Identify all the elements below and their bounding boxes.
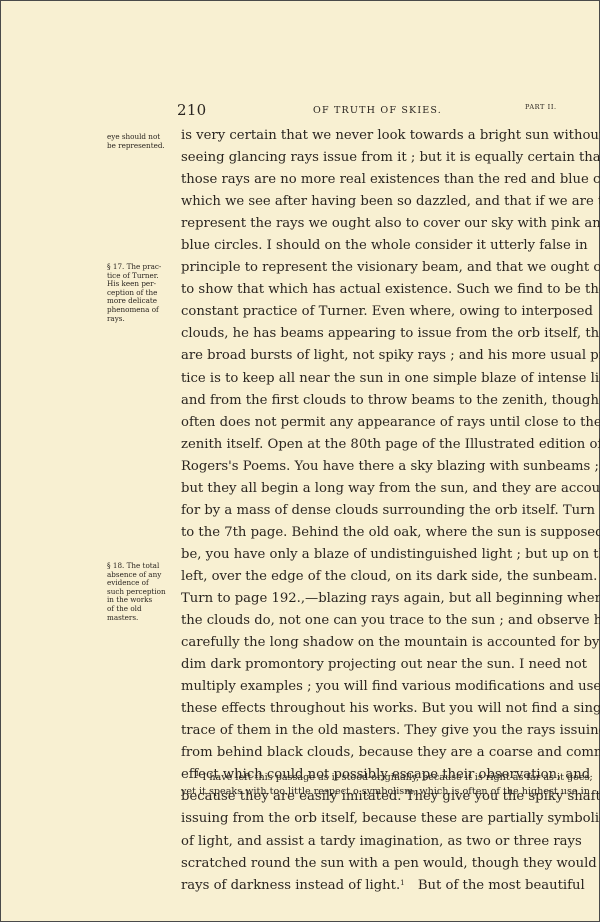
page-header: 210 OF TRUTH OF SKIES. PART II. — [1, 101, 600, 121]
text-segment: But of the most beautiful — [418, 878, 585, 893]
text-line: represent the rays we ought also to cove… — [181, 213, 559, 235]
text-line: from behind black clouds, because they a… — [181, 742, 559, 764]
text-line: clouds, he has beams appearing to issue … — [181, 323, 559, 345]
text-line: of light, and assist a tardy imagination… — [181, 831, 559, 853]
text-line: to show that which has actual existence.… — [181, 279, 559, 301]
page-number: 210 — [177, 101, 207, 119]
sidenote-line: masters. — [107, 614, 177, 623]
part-label: PART II. — [525, 103, 557, 111]
text-segment: rays of darkness instead of light. — [181, 878, 400, 893]
text-line: be, you have only a blaze of undistingui… — [181, 544, 559, 566]
text-line: the clouds do, not one can you trace to … — [181, 610, 559, 632]
book-page: 210 OF TRUTH OF SKIES. PART II. eye shou… — [0, 0, 600, 922]
text-line: seeing glancing rays issue from it ; but… — [181, 147, 559, 169]
text-line: tice is to keep all near the sun in one … — [181, 368, 559, 390]
text-line: trace of them in the old masters. They g… — [181, 720, 559, 742]
footnote-ref: 1 — [400, 879, 404, 887]
text-line: are broad bursts of light, not spiky ray… — [181, 345, 559, 367]
text-line: principle to represent the visionary bea… — [181, 257, 559, 279]
running-title: OF TRUTH OF SKIES. — [313, 105, 442, 116]
text-line-with-footnote: rays of darkness instead of light.1 But … — [181, 875, 559, 897]
text-line: Rogers's Poems. You have there a sky bla… — [181, 456, 559, 478]
text-line: issuing from the orb itself, because the… — [181, 808, 559, 830]
footnote-line: yet it speaks with too little respect o … — [181, 785, 559, 799]
text-line: multiply examples ; you will find variou… — [181, 676, 559, 698]
text-line: for by a mass of dense clouds surroundin… — [181, 500, 559, 522]
text-line: is very certain that we never look towar… — [181, 125, 559, 147]
text-line: and from the first clouds to throw beams… — [181, 390, 559, 412]
text-line: blue circles. I should on the whole cons… — [181, 235, 559, 257]
text-line: constant practice of Turner. Even where,… — [181, 301, 559, 323]
text-line: left, over the edge of the cloud, on its… — [181, 566, 559, 588]
text-line: zenith itself. Open at the 80th page of … — [181, 434, 559, 456]
text-line: which we see after having been so dazzle… — [181, 191, 559, 213]
text-line: scratched round the sun with a pen would… — [181, 853, 559, 875]
sidenote-eye-should-not: eye should not be represented. — [107, 133, 177, 150]
text-line: dim dark promontory projecting out near … — [181, 654, 559, 676]
sidenote-line: rays. — [107, 315, 177, 324]
text-line: those rays are no more real existences t… — [181, 169, 559, 191]
footnote-line: 1 I have left this passage as it stood o… — [181, 771, 559, 785]
text-line: carefully the long shadow on the mountai… — [181, 632, 559, 654]
sidenote-section-18: § 18. The total absence of any evidence … — [107, 562, 177, 622]
sidenote-line: be represented. — [107, 142, 177, 151]
text-line: these effects throughout his works. But … — [181, 698, 559, 720]
text-line: Turn to page 192.,—blazing rays again, b… — [181, 588, 559, 610]
sidenote-section-17: § 17. The prac- tice of Turner. His keen… — [107, 263, 177, 323]
footnote-marker: 1 — [195, 770, 199, 778]
text-line: often does not permit any appearance of … — [181, 412, 559, 434]
footnote-text: I have left this passage as it stood ori… — [203, 772, 593, 783]
text-line: to the 7th page. Behind the old oak, whe… — [181, 522, 559, 544]
text-line: but they all begin a long way from the s… — [181, 478, 559, 500]
footnotes: 1 I have left this passage as it stood o… — [181, 771, 559, 799]
